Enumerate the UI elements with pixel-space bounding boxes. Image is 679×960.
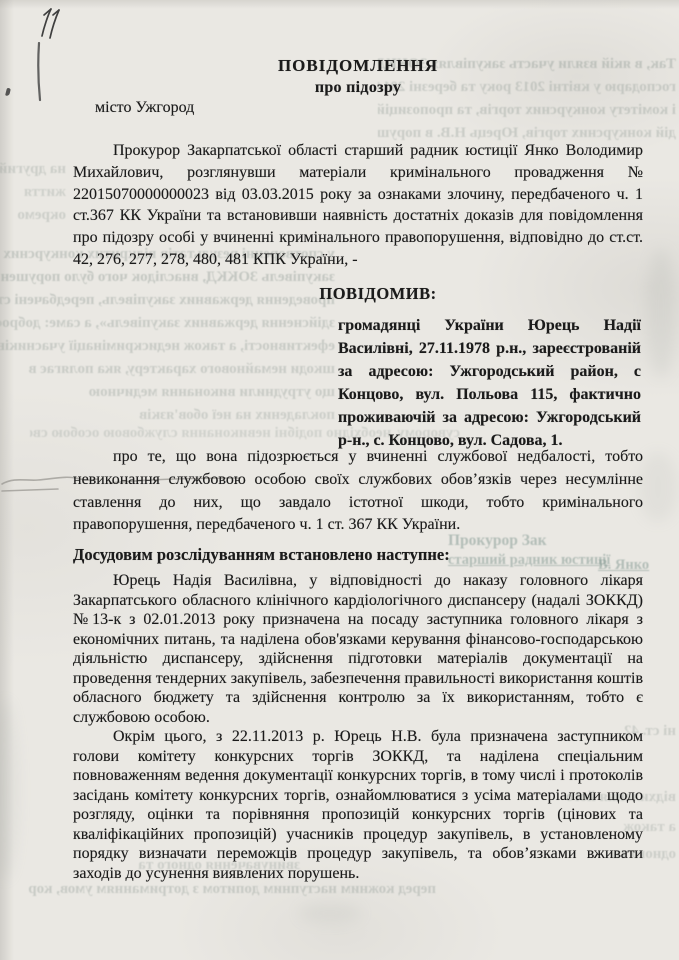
findings-paragraph: Юрець Надія Василівна, у відповідності д… — [73, 571, 643, 727]
bleedthrough-fragment: покладених на неї обов'язків — [60, 406, 335, 424]
intro-paragraph: Прокурор Закарпатської області старший р… — [73, 140, 643, 271]
ink-smudge — [298, 903, 362, 923]
bleedthrough-fragment: здійснення державних закупівель», а саме… — [0, 314, 335, 332]
ink-dot — [5, 88, 11, 97]
bleedthrough-fragment: окремо — [0, 206, 66, 224]
document-place-line: місто Ужгород — [73, 99, 665, 117]
bleedthrough-fragment: життя — [0, 183, 66, 201]
bleedthrough-fragment: ефективності, а також недискримінації уч… — [0, 337, 335, 355]
findings-body: Юрець Надія Василівна, у відповідності д… — [73, 571, 643, 883]
suspicion-paragraph: про те, що вона підозрюється у вчиненні … — [73, 446, 643, 537]
ink-smudge — [646, 248, 676, 378]
findings-paragraph: Окрім цього, з 22.11.2013 р. Юрець Н.В. … — [73, 727, 643, 883]
handwritten-page-number — [34, 5, 68, 48]
ink-smudge — [0, 700, 18, 880]
notify-heading: ПОВІДОМИВ: — [73, 284, 643, 304]
ink-smudge — [638, 452, 678, 522]
pen-stroke — [33, 42, 45, 107]
findings-heading: Досудовим розслідуванням встановлено нас… — [73, 545, 643, 565]
document-subtitle: про підозру — [73, 79, 643, 97]
document-title: ПОВІДОМЛЕННЯ — [73, 56, 643, 76]
addressee-block: громадянці України Юрець Надії Василівні… — [338, 314, 641, 452]
bleedthrough-fragment: що утруднили виконання медичною — [28, 383, 335, 401]
bleedthrough-fragment: на другий — [0, 160, 66, 178]
scanned-document-page: Так, в якій взяли участь закупівлях ЗОКК… — [0, 0, 679, 960]
bleedthrough-fragment: шкоди немайнового характеру, яка полягає… — [0, 360, 335, 378]
